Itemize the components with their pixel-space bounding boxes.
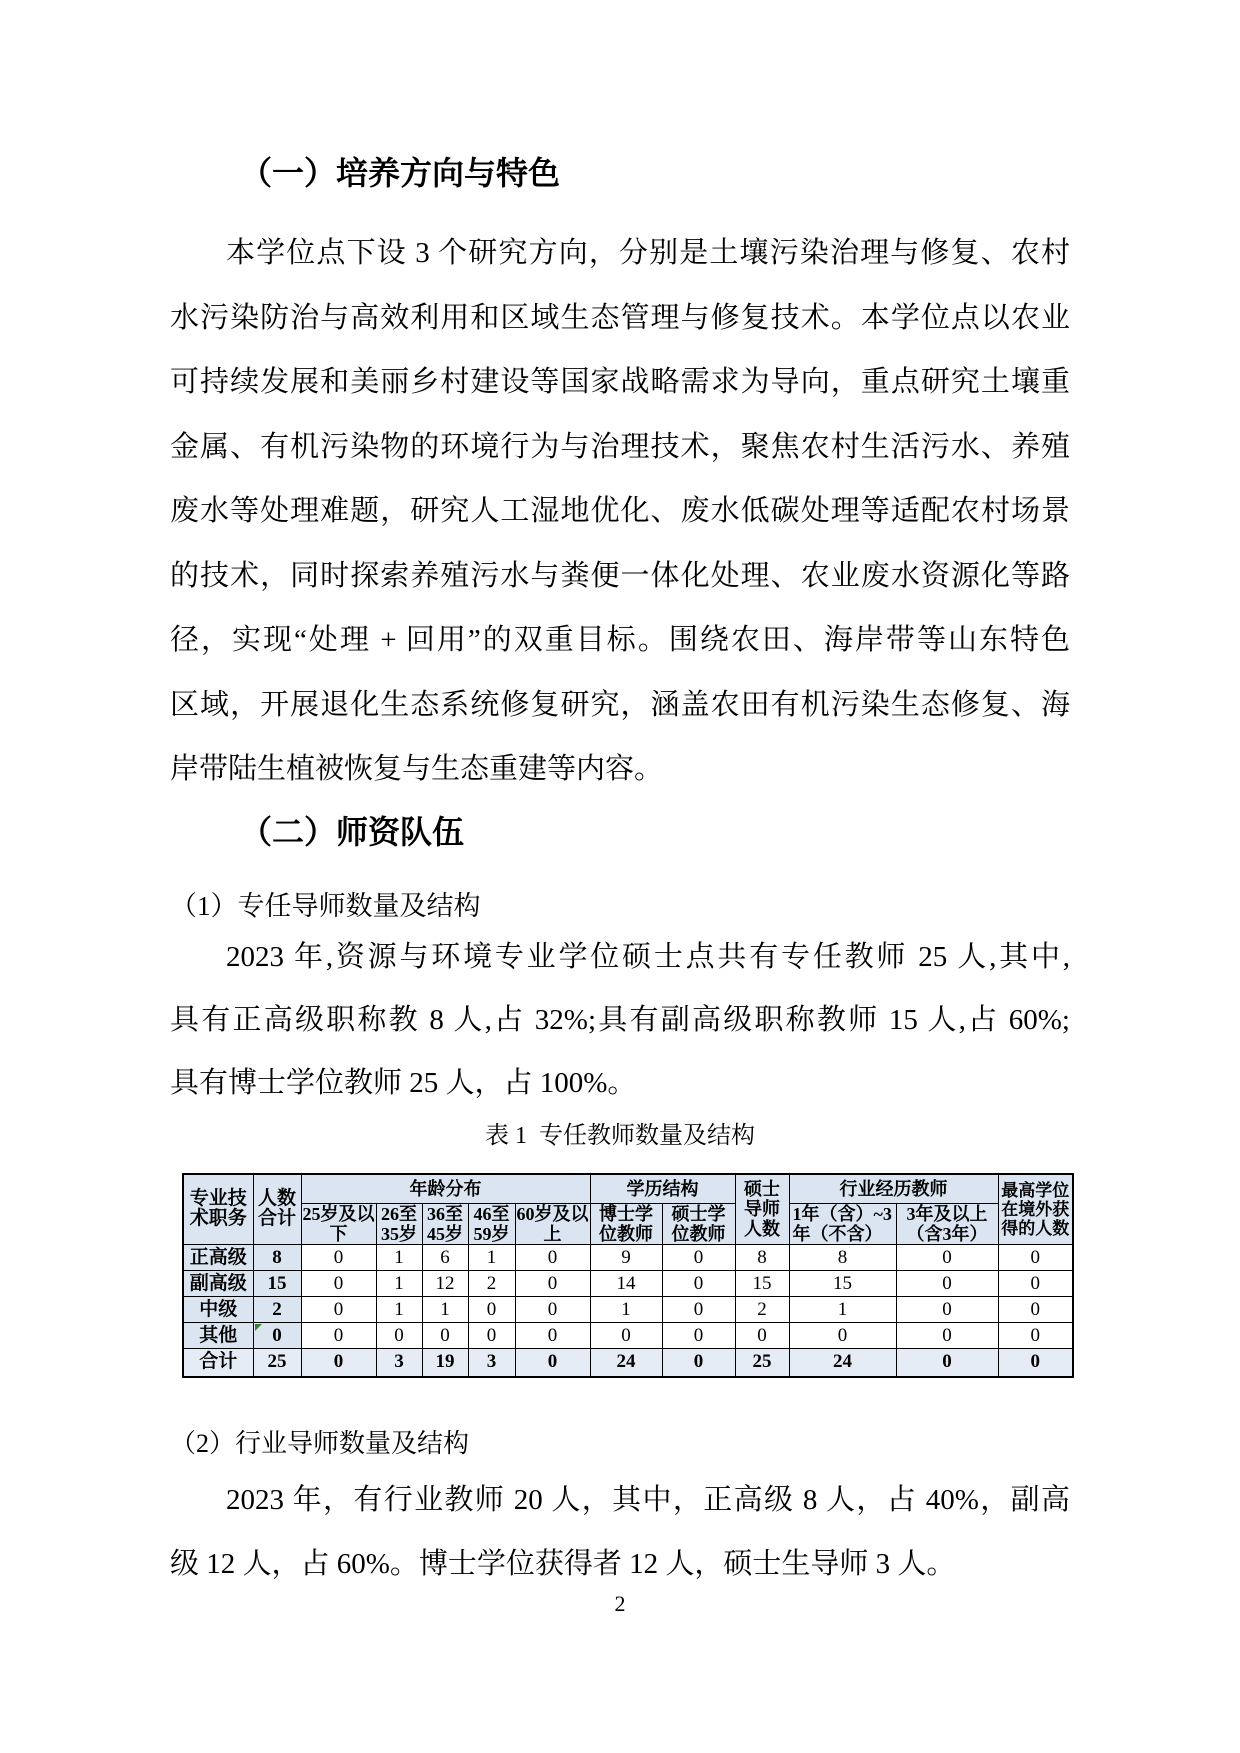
table-cell: 0 (896, 1297, 998, 1323)
header-master-degree: 硕士学位教师 (662, 1204, 735, 1245)
document-page: （一）培养方向与特色 本学位点下设 3 个研究方向，分别是土壤污染治理与修复、农… (0, 0, 1240, 1753)
table-row-intermediate: 中级 2 0 1 1 0 0 1 0 2 1 0 0 (183, 1297, 1073, 1323)
table-cell: 0 (253, 1323, 301, 1349)
table-cell: 0 (590, 1323, 662, 1349)
table-cell: 6 (422, 1245, 468, 1271)
table-cell: 0 (662, 1297, 735, 1323)
table-cell: 0 (301, 1245, 376, 1271)
paragraph-3: 2023 年，有行业教师 20 人，其中，正高级 8 人，占 40%，副高 级 … (170, 1468, 1070, 1596)
header-total-count: 人数合计 (253, 1174, 301, 1245)
table-cell: 0 (998, 1245, 1073, 1271)
table-cell: 9 (590, 1245, 662, 1271)
table-cell: 15 (789, 1271, 896, 1297)
paragraph-line: 2023 年,资源与环境专业学位硕士点共有专任教师 25 人,其中, (170, 926, 1070, 989)
row-label: 中级 (183, 1297, 253, 1323)
row-label: 副高级 (183, 1271, 253, 1297)
header-group-age: 年龄分布 (301, 1174, 590, 1204)
table-cell: 0 (515, 1245, 590, 1271)
table-cell: 0 (998, 1297, 1073, 1323)
paragraph-line: 具有正高级职称教 8 人,占 32%;具有副高级职称教师 15 人,占 60%; (170, 989, 1070, 1052)
table-cell: 0 (998, 1271, 1073, 1297)
paragraph-line: 具有博士学位教师 25 人，占 100%。 (170, 1052, 1070, 1115)
paragraph-line: 水污染防治与高效利用和区域生态管理与修复技术。本学位点以农业 (170, 286, 1070, 351)
table-cell-value: 0 (272, 1325, 282, 1346)
table-cell: 0 (896, 1349, 998, 1377)
table-cell: 0 (998, 1349, 1073, 1377)
table-cell: 2 (468, 1271, 515, 1297)
table-cell: 0 (896, 1271, 998, 1297)
paragraph-line: 级 12 人，占 60%。博士学位获得者 12 人，硕士生导师 3 人。 (170, 1532, 1070, 1596)
paragraph-1: 本学位点下设 3 个研究方向，分别是土壤污染治理与修复、农村 水污染防治与高效利… (170, 221, 1070, 802)
paragraph-line: 区域，开展退化生态系统修复研究，涵盖农田有机污染生态修复、海 (170, 673, 1070, 738)
paragraph-line: 岸带陆生植被恢复与生态重建等内容。 (170, 737, 1070, 802)
table-cell: 1 (468, 1245, 515, 1271)
paragraph-line: 废水等处理难题，研究人工湿地优化、废水低碳处理等适配农村场景 (170, 479, 1070, 544)
table-cell: 0 (896, 1323, 998, 1349)
table-cell: 3 (468, 1349, 515, 1377)
table-row-senior: 正高级 8 0 1 6 1 0 9 0 8 8 0 0 (183, 1245, 1073, 1271)
table-cell: 1 (376, 1297, 422, 1323)
table-cell: 0 (662, 1245, 735, 1271)
table-row-associate: 副高级 15 0 1 12 2 0 14 0 15 15 0 0 (183, 1271, 1073, 1297)
teacher-structure-table: 专业技术职务 人数合计 年龄分布 学历结构 硕士导师人数 行业经历教师 最高学位… (182, 1173, 1074, 1378)
table-cell: 0 (662, 1323, 735, 1349)
subsection-heading-1: （1）专任导师数量及结构 (170, 888, 1070, 924)
table-cell: 1 (376, 1245, 422, 1271)
table-cell: 0 (422, 1323, 468, 1349)
table-cell: 25 (253, 1349, 301, 1377)
table-cell: 8 (735, 1245, 789, 1271)
table-cell: 0 (301, 1297, 376, 1323)
table-cell: 24 (789, 1349, 896, 1377)
table-cell: 0 (789, 1323, 896, 1349)
table-cell: 0 (301, 1323, 376, 1349)
header-position: 专业技术职务 (183, 1174, 253, 1245)
paragraph-line: 2023 年，有行业教师 20 人，其中，正高级 8 人，占 40%，副高 (170, 1468, 1070, 1532)
green-corner-flag-icon (255, 1324, 262, 1331)
table-cell: 0 (998, 1323, 1073, 1349)
section-heading-2: （二）师资队伍 (240, 812, 1070, 852)
header-age-under25: 25岁及以下 (301, 1204, 376, 1245)
paragraph-line: 可持续发展和美丽乡村建设等国家战略需求为导向，重点研究土壤重 (170, 350, 1070, 415)
table-cell: 19 (422, 1349, 468, 1377)
header-age-36-45: 36至45岁 (422, 1204, 468, 1245)
table-cell: 0 (515, 1349, 590, 1377)
paragraph-line: 的技术，同时探索养殖污水与粪便一体化处理、农业废水资源化等路 (170, 544, 1070, 609)
table-cell: 0 (301, 1271, 376, 1297)
table-cell: 12 (422, 1271, 468, 1297)
paragraph-2: 2023 年,资源与环境专业学位硕士点共有专任教师 25 人,其中, 具有正高级… (170, 926, 1070, 1115)
row-label: 合计 (183, 1349, 253, 1377)
table-row-total: 合计 25 0 3 19 3 0 24 0 25 24 0 0 (183, 1349, 1073, 1377)
header-age-46-59: 46至59岁 (468, 1204, 515, 1245)
table-cell: 0 (896, 1245, 998, 1271)
table-cell: 14 (590, 1271, 662, 1297)
table-cell: 25 (735, 1349, 789, 1377)
paragraph-line: 径，实现“处理 + 回用”的双重目标。围绕农田、海岸带等山东特色 (170, 608, 1070, 673)
table-cell: 3 (376, 1349, 422, 1377)
table-cell: 0 (662, 1271, 735, 1297)
table-cell: 0 (515, 1323, 590, 1349)
row-label: 其他 (183, 1323, 253, 1349)
header-group-industry: 行业经历教师 (789, 1174, 998, 1204)
paragraph-line: 金属、有机污染物的环境行为与治理技术，聚焦农村生活污水、养殖 (170, 415, 1070, 480)
header-group-degree: 学历结构 (590, 1174, 735, 1204)
subsection-heading-2: （2）行业导师数量及结构 (170, 1426, 1070, 1462)
table-cell: 0 (662, 1349, 735, 1377)
table-header-row-1: 专业技术职务 人数合计 年龄分布 学历结构 硕士导师人数 行业经历教师 最高学位… (183, 1174, 1073, 1204)
table-cell: 0 (515, 1271, 590, 1297)
table-caption: 表 1 专任教师数量及结构 (170, 1121, 1070, 1151)
table-cell: 0 (468, 1323, 515, 1349)
table-cell: 1 (422, 1297, 468, 1323)
table-cell: 15 (253, 1271, 301, 1297)
table-cell: 0 (376, 1323, 422, 1349)
table-cell: 2 (735, 1297, 789, 1323)
table-cell: 0 (468, 1297, 515, 1323)
section-heading-1: （一）培养方向与特色 (240, 153, 1070, 193)
header-master-supervisor: 硕士导师人数 (735, 1174, 789, 1245)
header-age-over60: 60岁及以上 (515, 1204, 590, 1245)
paragraph-line: 本学位点下设 3 个研究方向，分别是土壤污染治理与修复、农村 (170, 221, 1070, 286)
table-cell: 15 (735, 1271, 789, 1297)
table-header-row-2: 25岁及以下 26至35岁 36至45岁 46至59岁 60岁及以上 博士学位教… (183, 1204, 1073, 1245)
table-cell: 8 (253, 1245, 301, 1271)
table-cell: 1 (789, 1297, 896, 1323)
table-cell: 24 (590, 1349, 662, 1377)
header-industry-over3: 3年及以上（含3年） (896, 1204, 998, 1245)
page-number: 2 (0, 1592, 1240, 1616)
header-doctor-degree: 博士学位教师 (590, 1204, 662, 1245)
table-cell: 1 (376, 1271, 422, 1297)
header-age-26-35: 26至35岁 (376, 1204, 422, 1245)
table-cell: 0 (735, 1323, 789, 1349)
table-cell: 8 (789, 1245, 896, 1271)
table-cell: 0 (515, 1297, 590, 1323)
header-overseas-degree: 最高学位在境外获得的人数 (998, 1174, 1073, 1245)
table-row-other: 其他 0 0 0 0 0 0 0 0 0 0 0 0 (183, 1323, 1073, 1349)
table-cell: 0 (301, 1349, 376, 1377)
row-label: 正高级 (183, 1245, 253, 1271)
table-cell: 2 (253, 1297, 301, 1323)
header-industry-1to3: 1年（含）~3年（不含） (789, 1204, 896, 1245)
table-cell: 1 (590, 1297, 662, 1323)
